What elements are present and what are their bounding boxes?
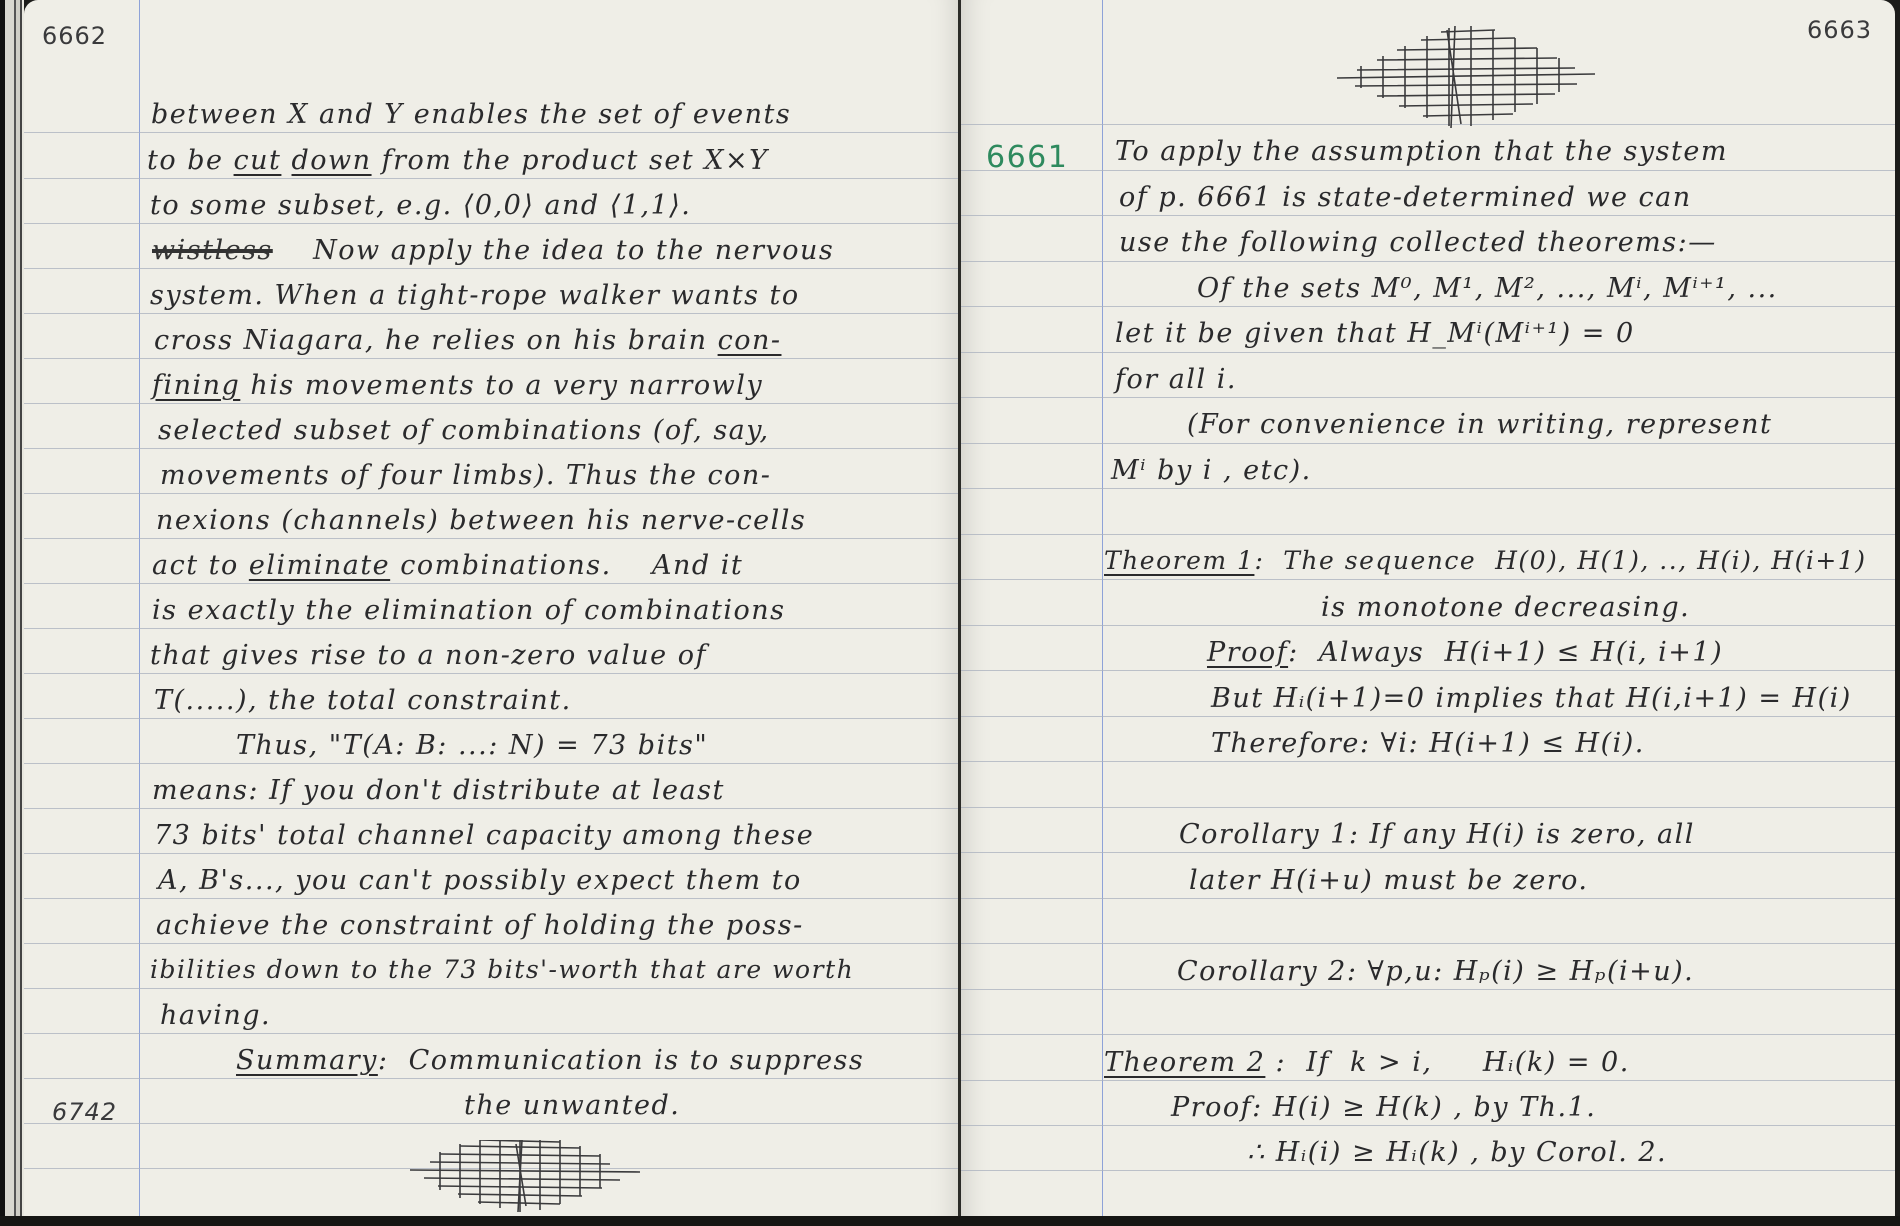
proof-line: Proof: H(i) ≥ H(k) , by Th.1.	[1171, 1094, 1596, 1121]
margin-reference: 6661	[986, 143, 1068, 173]
text-line: A, B's..., you can't possibly expect the…	[158, 867, 802, 894]
ruled-line	[24, 808, 960, 809]
text-line: selected subset of combinations (of, say…	[158, 417, 770, 444]
text-line: But Hᵢ(i+1)=0 implies that H(i,i+1) = H(…	[1211, 685, 1852, 712]
ruled-line	[24, 988, 960, 989]
text-line: 73 bits' total channel capacity among th…	[154, 822, 814, 849]
theorem-2: Theorem 2 : If k > i, Hᵢ(k) = 0.	[1104, 1049, 1630, 1076]
text-line: fining his movements to a very narrowly	[152, 372, 763, 399]
ruled-line	[24, 718, 960, 719]
ruled-line	[24, 1078, 960, 1079]
ruled-line	[961, 170, 1895, 171]
ruled-line	[961, 943, 1895, 944]
ruled-line	[961, 716, 1895, 717]
ruled-line	[24, 178, 960, 179]
ruled-line	[961, 397, 1895, 398]
text-line: To apply the assumption that the system	[1115, 138, 1728, 165]
ruled-line	[961, 989, 1895, 990]
ruled-line	[24, 1123, 960, 1124]
margin-note: 6742	[52, 1098, 117, 1126]
background-surface	[0, 1216, 1900, 1226]
ruled-line	[961, 1080, 1895, 1081]
ruled-line	[24, 763, 960, 764]
page-number: 6663	[1807, 16, 1872, 44]
text-line: use the following collected theorems:—	[1119, 229, 1717, 256]
ruled-line	[961, 625, 1895, 626]
proof-line: Proof: Always H(i+1) ≤ H(i, i+1)	[1207, 639, 1723, 666]
left-page: 6662 between X and Y enables the set of …	[24, 0, 960, 1216]
text-line: means: If you don't distribute at least	[152, 777, 725, 804]
text-line: having.	[160, 1002, 271, 1029]
ruled-line	[961, 261, 1895, 262]
text-line: cross Niagara, he relies on his brain co…	[154, 327, 781, 354]
text-line: that gives rise to a non-zero value of	[150, 642, 707, 669]
text-line: to be cut down from the product set X×Y	[147, 147, 768, 174]
ruled-line	[961, 306, 1895, 307]
ruled-line	[961, 352, 1895, 353]
page-number: 6662	[42, 22, 107, 50]
text-line: Thus, "T(A: B: ...: N) = 73 bits"	[236, 732, 708, 759]
ruled-line	[24, 448, 960, 449]
theorem-1: Theorem 1: The sequence H(0), H(1), .., …	[1104, 548, 1866, 573]
text-line: for all i.	[1115, 366, 1237, 393]
ruled-line	[961, 898, 1895, 899]
page-edge-stack	[0, 0, 24, 1216]
ruled-line	[24, 538, 960, 539]
text-line: system. When a tight-rope walker wants t…	[150, 282, 800, 309]
ruled-line	[961, 215, 1895, 216]
crosshatch-doodle-icon	[1337, 26, 1595, 128]
text-line: (For convenience in writing, represent	[1187, 411, 1772, 438]
ruled-line	[24, 628, 960, 629]
ruled-line	[24, 313, 960, 314]
ruled-line	[961, 761, 1895, 762]
ruled-line	[961, 1170, 1895, 1171]
ruled-line	[961, 807, 1895, 808]
ruled-line	[24, 673, 960, 674]
ruled-line	[961, 852, 1895, 853]
struck-word: wistless	[152, 235, 273, 266]
crosshatch-doodle-icon	[410, 1140, 640, 1212]
text-line: the unwanted.	[464, 1092, 680, 1119]
text-line: Therefore: ∀i: H(i+1) ≤ H(i).	[1211, 730, 1645, 757]
corollary-1: Corollary 1: If any H(i) is zero, all	[1179, 821, 1695, 848]
ruled-line	[961, 1034, 1895, 1035]
text-line: of p. 6661 is state-determined we can	[1119, 184, 1692, 211]
ruled-line	[961, 670, 1895, 671]
text-line: achieve the constraint of holding the po…	[156, 912, 804, 939]
text-line: is exactly the elimination of combinatio…	[152, 597, 786, 624]
ruled-line	[24, 358, 960, 359]
text-line: later H(i+u) must be zero.	[1189, 867, 1589, 894]
ruled-line	[961, 488, 1895, 489]
ruled-line	[961, 579, 1895, 580]
text-line: T(.....), the total constraint.	[154, 687, 572, 714]
ruled-line	[24, 403, 960, 404]
ruled-line	[24, 853, 960, 854]
ruled-line	[24, 223, 960, 224]
ruled-line	[961, 443, 1895, 444]
ruled-line	[24, 1033, 960, 1034]
text-line: Summary: Communication is to suppress	[236, 1047, 864, 1074]
text-line: Of the sets M⁰, M¹, M², ..., Mⁱ, Mⁱ⁺¹, .…	[1197, 275, 1778, 302]
text-line: nexions (channels) between his nerve-cel…	[156, 507, 806, 534]
ruled-line	[24, 943, 960, 944]
text-line: is monotone decreasing.	[1321, 594, 1690, 621]
ruled-line	[24, 493, 960, 494]
text-line: movements of four limbs). Thus the con-	[160, 462, 771, 489]
text-line: let it be given that H_Mⁱ(Mⁱ⁺¹) = 0	[1115, 320, 1635, 347]
ruled-line	[961, 534, 1895, 535]
text-line: act to eliminate combinations. And it	[152, 552, 743, 579]
ruled-line	[24, 132, 960, 133]
text-line: ∴ Hᵢ(i) ≥ Hᵢ(k) , by Corol. 2.	[1247, 1139, 1667, 1166]
right-page: 6663 6661 To apply the assumption that t…	[961, 0, 1895, 1216]
ruled-line	[24, 583, 960, 584]
corollary-2: Corollary 2: ∀p,u: Hₚ(i) ≥ Hₚ(i+u).	[1177, 958, 1694, 985]
ruled-line	[24, 898, 960, 899]
text-line: Mⁱ by i , etc).	[1111, 457, 1312, 484]
ruled-line	[24, 268, 960, 269]
text-line: between X and Y enables the set of event…	[151, 101, 791, 128]
ruled-line	[961, 1125, 1895, 1126]
text-line: ibilities down to the 73 bits'-worth tha…	[150, 957, 854, 982]
text-line: wistless Now apply the idea to the nervo…	[152, 237, 834, 264]
text-line: to some subset, e.g. ⟨0,0⟩ and ⟨1,1⟩.	[150, 192, 691, 219]
